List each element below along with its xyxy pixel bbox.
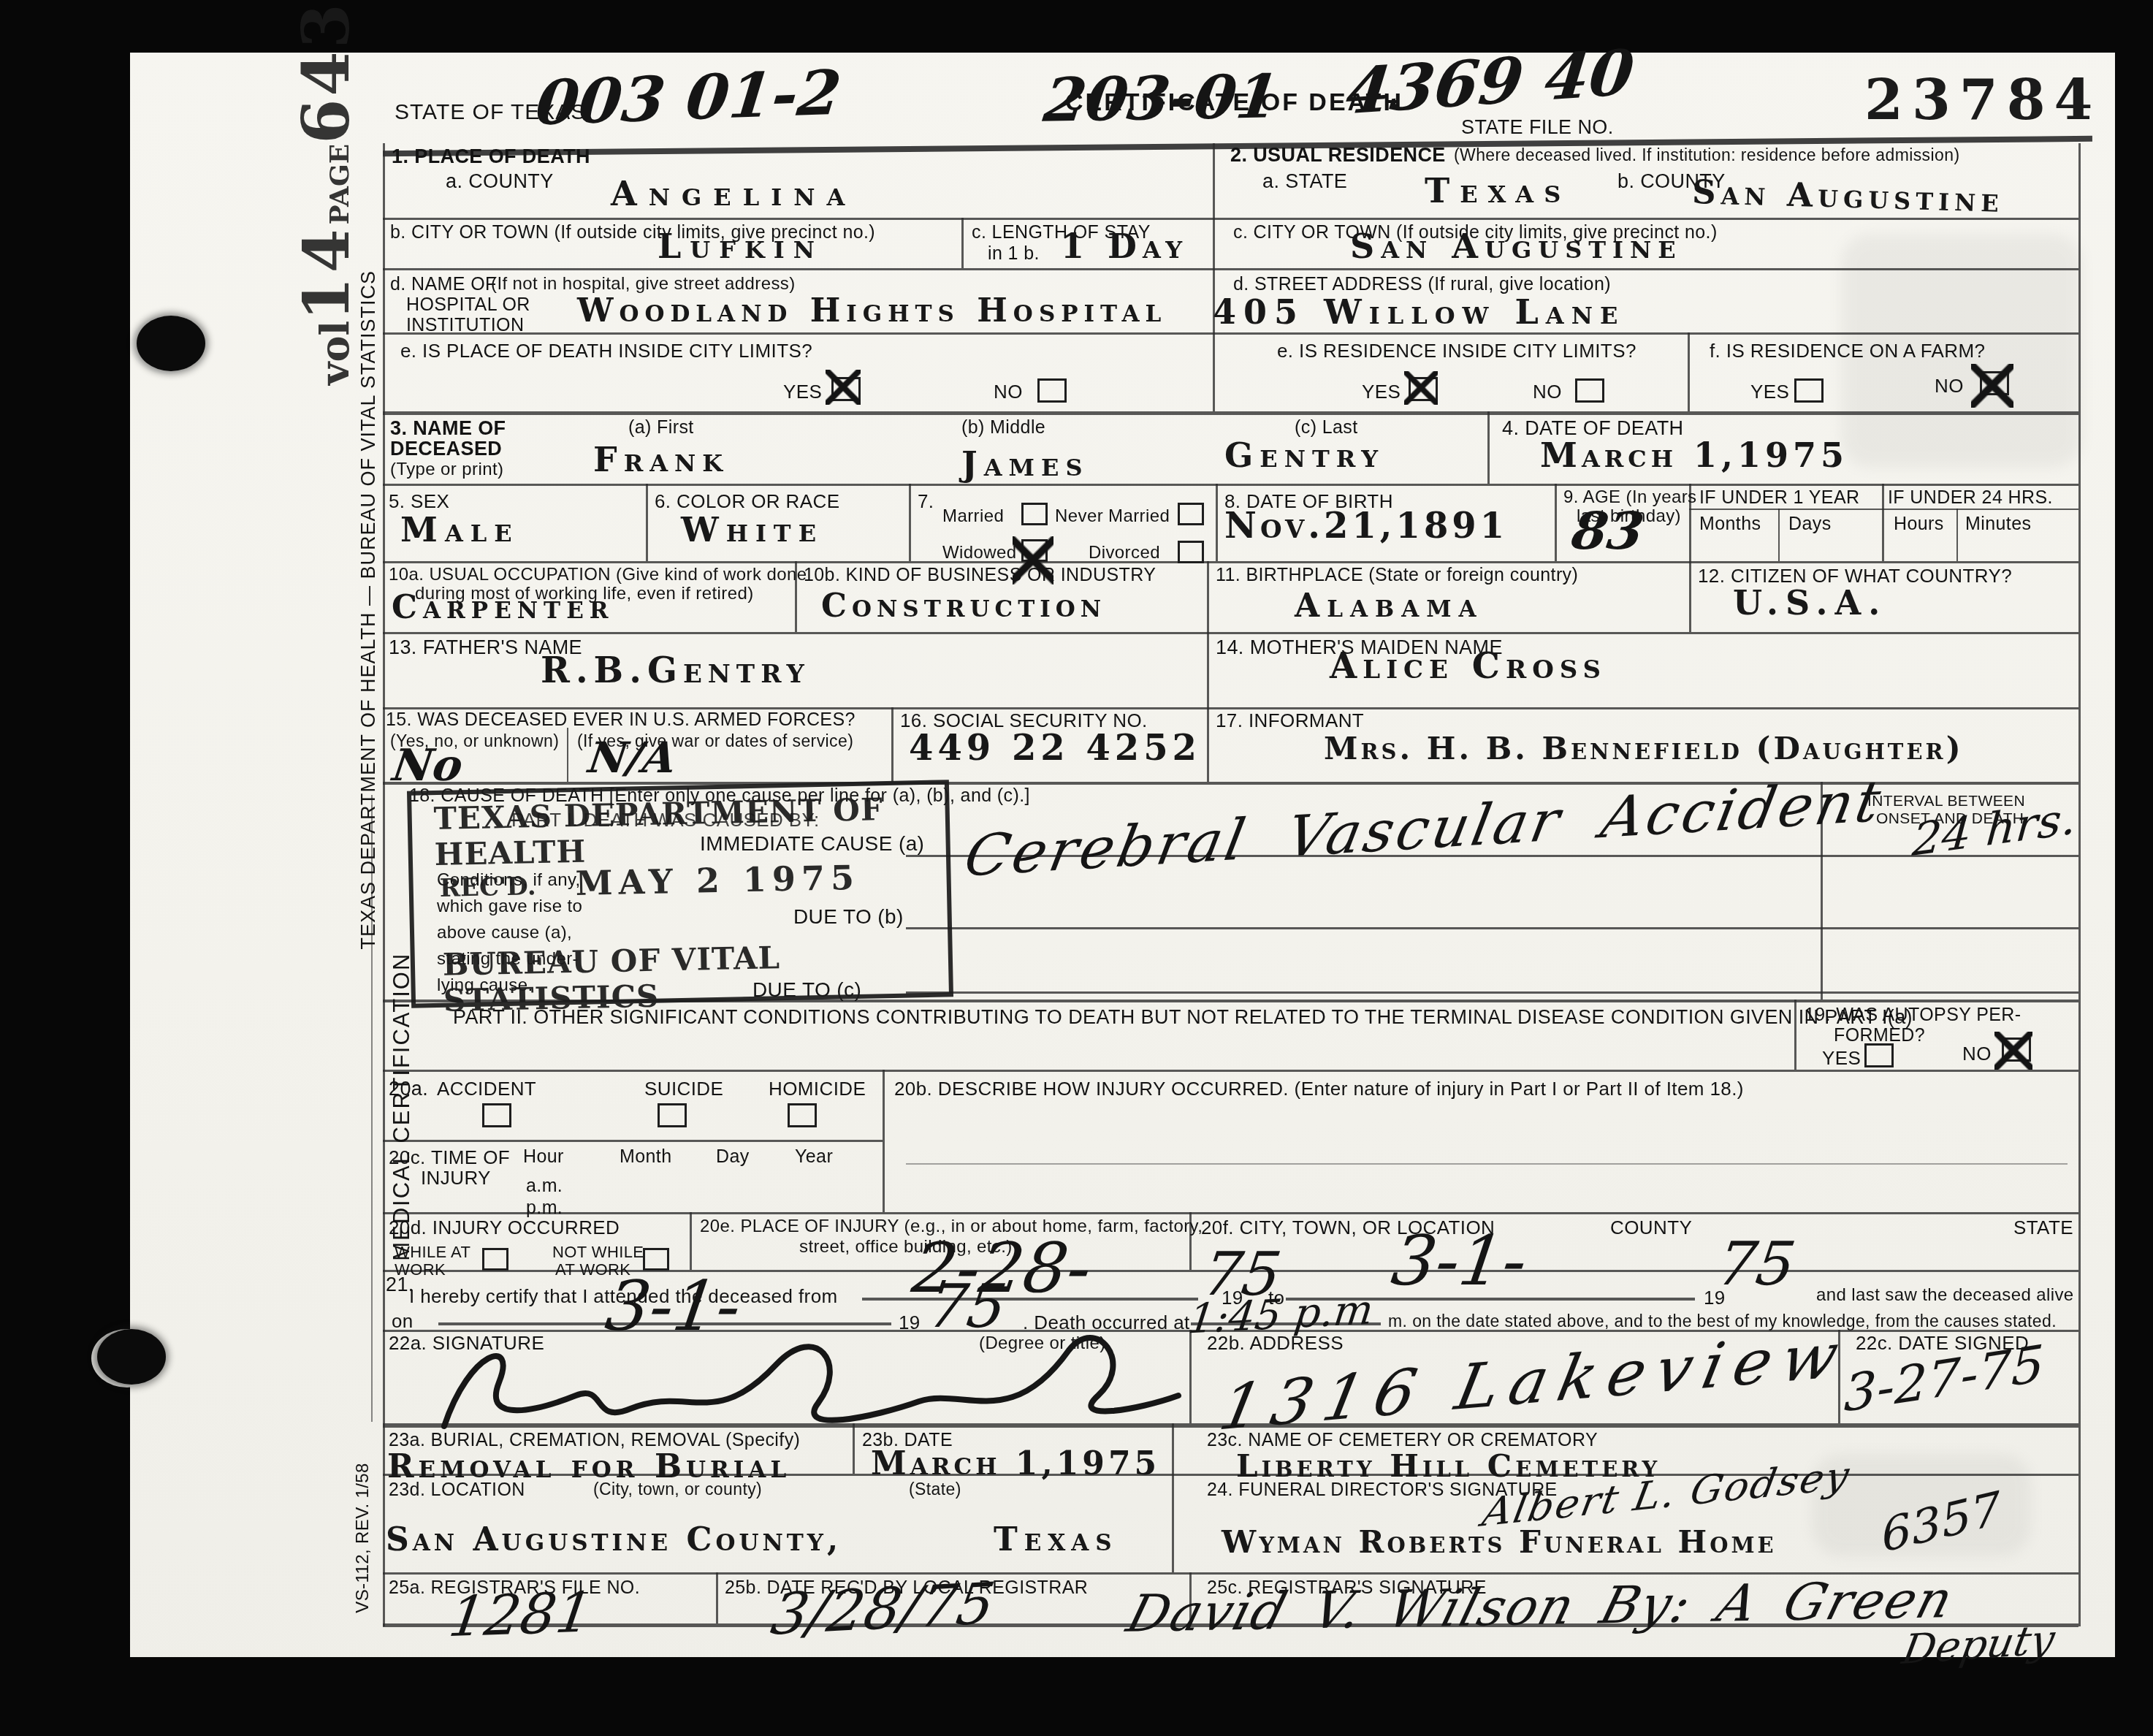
vol-label: vol xyxy=(311,321,358,385)
item9-under1-label: IF UNDER 1 YEAR xyxy=(1699,488,1859,508)
item20a-suicide-checkbox xyxy=(658,1103,687,1127)
item21-to-date: 3-1- xyxy=(1387,1227,1531,1296)
item20d-while1-label: WHILE AT xyxy=(395,1244,470,1261)
form-line xyxy=(383,218,2078,220)
item20c-am-label: a.m. xyxy=(526,1176,563,1196)
item9-minutes-label: Minutes xyxy=(1965,514,2031,534)
item3-first-label: (a) First xyxy=(628,418,694,438)
item19-label2: FORMED? xyxy=(1834,1026,1925,1046)
item2-farm-no-checkmark xyxy=(1971,364,2013,408)
vol-number: 14 xyxy=(290,224,364,321)
item1-county-value: Angelina xyxy=(611,177,856,210)
item1-city-value: Lufkin xyxy=(658,229,823,263)
item19-yes-checkbox xyxy=(1864,1043,1894,1067)
form-line xyxy=(961,218,964,268)
item16-value: 449 22 4252 xyxy=(909,731,1201,766)
item22a-signature-scribble xyxy=(400,1324,1189,1441)
item20d-not1-label: NOT WHILE xyxy=(552,1244,644,1261)
item23a-value: Removal for Burial xyxy=(387,1451,790,1483)
certificate-number-stamp: 23784 xyxy=(1864,67,2101,132)
form-line xyxy=(906,1163,2068,1165)
form-line xyxy=(383,143,385,1626)
form-line xyxy=(383,411,2078,415)
item3-middle-value: James xyxy=(961,447,1089,481)
form-line xyxy=(1207,632,1209,707)
item2-no-label: NO xyxy=(1533,381,1562,402)
form-line xyxy=(1172,1423,1174,1572)
written-file-number: 4369 40 xyxy=(1344,42,1637,124)
item20a-accident-checkbox xyxy=(482,1103,511,1127)
item11-label: 11. BIRTHPLACE (State or foreign country… xyxy=(1216,566,1578,585)
item2-farm-no-label: NO xyxy=(1935,376,1964,396)
item11-value: Alabama xyxy=(1295,590,1484,623)
item20c-label1: 20c. TIME OF xyxy=(389,1147,510,1168)
item21-text4: m. on the date stated above, and to the … xyxy=(1388,1312,2057,1330)
due-c-line xyxy=(906,991,2078,994)
item25c-deputy: Deputy xyxy=(1899,1620,2057,1671)
item1-county-label: a. COUNTY xyxy=(446,171,554,192)
item20f-county-label: COUNTY xyxy=(1610,1217,1692,1238)
item8-value: Nov.21,1891 xyxy=(1224,509,1508,544)
volume-page-stamp: vol 14 PAGE 643 xyxy=(288,49,352,385)
stamp-date: MAY 2 1975 xyxy=(575,858,860,903)
item3-last-label: (c) Last xyxy=(1295,418,1358,438)
stamp-line1: TEXAS DEPARTMENT OF HEALTH xyxy=(433,790,946,872)
item2-farm-label: f. IS RESIDENCE ON A FARM? xyxy=(1710,340,1985,361)
item3-middle-label: (b) Middle xyxy=(961,418,1045,438)
form-line xyxy=(383,332,2078,335)
item7-never-married-checkbox xyxy=(1178,503,1204,525)
item20a-homicide-checkbox xyxy=(788,1103,817,1127)
item1-hospital-label2: HOSPITAL OR xyxy=(406,295,530,315)
item9-under24-label: IF UNDER 24 HRS. xyxy=(1888,488,2053,508)
item23c-value: Liberty Hill Cemetery xyxy=(1236,1451,1661,1482)
item20a-accident-label: ACCIDENT xyxy=(437,1078,536,1099)
item2-yes-label: YES xyxy=(1362,381,1401,402)
item20a-homicide-label: HOMICIDE xyxy=(769,1078,866,1099)
item10b-label: 10b. KIND OF BUSINESS OR INDUSTRY xyxy=(804,566,1156,585)
item1-no-label: NO xyxy=(994,381,1023,402)
item2-title: 2. USUAL RESIDENCE xyxy=(1230,145,1446,166)
item6-value: White xyxy=(681,513,823,547)
form-line xyxy=(567,728,568,782)
item9-hours-label: Hours xyxy=(1894,514,1944,534)
form-line xyxy=(909,484,911,561)
form-line xyxy=(646,484,648,561)
item20a-suicide-label: SUICIDE xyxy=(644,1078,723,1099)
item20c-pm-label: p.m. xyxy=(526,1198,563,1218)
item3-title3: (Type or print) xyxy=(390,460,503,479)
item12-value: U.S.A. xyxy=(1733,586,1887,620)
form-line xyxy=(1956,509,1958,561)
item3-last-value: Gentry xyxy=(1224,438,1384,472)
form-line xyxy=(1555,484,1557,561)
item19-label1: 19. WAS AUTOPSY PER- xyxy=(1805,1005,2021,1025)
item21-text2: and last saw the deceased alive xyxy=(1816,1286,2074,1305)
stamp-line2: BUREAU OF VITAL STATISTICS xyxy=(442,936,949,1018)
item20c-year-label: Year xyxy=(795,1147,833,1167)
written-code-2: 203-01 xyxy=(1041,66,1282,131)
form-line xyxy=(1216,484,1218,561)
form-line xyxy=(1207,707,1209,782)
item20a-label: 20a. xyxy=(389,1078,428,1100)
punch-hole-top xyxy=(137,316,205,371)
item1-hospital-value: Woodland Hights Hospital xyxy=(577,295,1167,327)
item2-title-paren: (Where deceased lived. If institution: r… xyxy=(1454,146,1959,164)
item2-street-value: 405 Willow Lane xyxy=(1213,295,1625,329)
item25b-value: 3/28/75 xyxy=(767,1575,998,1644)
bureau-received-stamp: TEXAS DEPARTMENT OF HEALTH REC'D. MAY 2 … xyxy=(407,780,953,1008)
item9-months-label: Months xyxy=(1699,514,1761,534)
item2-no-checkbox xyxy=(1575,378,1604,403)
item23d-sub2: (State) xyxy=(909,1480,961,1499)
form-line xyxy=(2078,143,2081,1626)
item2-yes-checkmark xyxy=(1404,371,1438,405)
item1-no-checkbox xyxy=(1037,378,1067,403)
item1-title: 1. PLACE OF DEATH xyxy=(392,146,590,167)
written-code-1: 003 01-2 xyxy=(533,62,844,134)
item20f-state-label: STATE xyxy=(2013,1217,2073,1238)
form-line xyxy=(891,707,893,782)
item2-county-value: San Augustine xyxy=(1691,175,2004,217)
due-b-line xyxy=(906,927,2078,929)
item7-never-married-label: Never Married xyxy=(1055,507,1170,526)
scanned-death-certificate: vol 14 PAGE 643 TEXAS DEPARTMENT OF HEAL… xyxy=(0,0,2153,1736)
item2-farm-yes-label: YES xyxy=(1750,381,1789,402)
item7-divorced-label: Divorced xyxy=(1089,544,1160,563)
margin-form-code: VS-112, REV. 1/58 xyxy=(354,1447,373,1629)
item9-value: 83 xyxy=(1569,506,1647,557)
item2-farm-yes-checkbox xyxy=(1794,378,1824,403)
form-line xyxy=(1689,561,1691,632)
page-label: PAGE xyxy=(324,144,355,225)
item7-widowed-label: Widowed xyxy=(942,544,1017,563)
form-line xyxy=(716,1572,718,1623)
item1-limits-label: e. IS PLACE OF DEATH INSIDE CITY LIMITS? xyxy=(400,340,812,361)
item5-value: Male xyxy=(400,513,519,547)
form-line xyxy=(383,484,2078,486)
form-line xyxy=(383,561,2078,563)
item7-label: 7. xyxy=(918,491,934,511)
item2-state-value: Texas xyxy=(1425,174,1571,208)
form-line xyxy=(383,1070,2078,1072)
item20b-label: 20b. DESCRIBE HOW INJURY OCCURRED. (Ente… xyxy=(894,1078,1744,1099)
item21-to-year: 75 xyxy=(1714,1235,1799,1295)
item1-hospital-paren: (If not in hospital, give street address… xyxy=(491,275,796,294)
item3-title2: DECEASED xyxy=(390,438,502,460)
item15-label: 15. WAS DECEASED EVER IN U.S. ARMED FORC… xyxy=(386,710,856,730)
item3-first-value: Frank xyxy=(593,443,729,476)
item9-days-label: Days xyxy=(1788,514,1832,534)
state-file-no-label: STATE FILE NO. xyxy=(1461,117,1614,138)
form-line xyxy=(383,632,2078,634)
item1-yes-label: YES xyxy=(783,381,822,402)
item3-title: 3. NAME OF xyxy=(390,418,506,439)
item20c-month-label: Month xyxy=(620,1147,671,1167)
form-line xyxy=(383,268,2078,270)
item10a-value: Carpenter xyxy=(392,592,614,624)
margin-department-text: TEXAS DEPARTMENT OF HEALTH — BUREAU OF V… xyxy=(358,307,379,950)
item19-no-label: NO xyxy=(1962,1043,1992,1064)
item6-label: 6. COLOR OR RACE xyxy=(655,491,839,511)
item20c-hour-label: Hour xyxy=(523,1147,564,1167)
item20c-day-label: Day xyxy=(716,1147,750,1167)
form-line xyxy=(1882,484,1884,561)
item1-stay-value: 1 Day xyxy=(1061,229,1188,263)
item15-service: N/A xyxy=(586,736,679,779)
item1-hospital-label: d. NAME OF xyxy=(390,275,497,294)
item2-state-label: a. STATE xyxy=(1262,171,1347,192)
item1-hospital-label3: INSTITUTION xyxy=(406,316,524,335)
punch-hole-bottom xyxy=(97,1329,166,1385)
item23b-value: March 1,1975 xyxy=(871,1448,1160,1480)
item20d-label: 20d. INJURY OCCURRED xyxy=(389,1217,620,1238)
form-line xyxy=(1487,411,1490,484)
form-line xyxy=(1688,332,1690,411)
form-line xyxy=(690,1212,692,1270)
item14-value: Alice Cross xyxy=(1330,649,1607,684)
item23d-value: San Augustine County, xyxy=(386,1524,842,1556)
item20d-while-checkbox xyxy=(482,1248,508,1271)
item2-limits-label: e. IS RESIDENCE INSIDE CITY LIMITS? xyxy=(1277,340,1636,361)
item1-yes-checkmark xyxy=(826,370,861,405)
item17-label: 17. INFORMANT xyxy=(1216,710,1364,731)
item25c-value: David V. Wilson By: A Green xyxy=(1122,1574,1959,1640)
item2-city-value: San Augustine xyxy=(1350,229,1683,263)
item25a-value: 1281 xyxy=(446,1585,595,1645)
page-number: 643 xyxy=(288,1,364,144)
item10a-label1: 10a. USUAL OCCUPATION (Give kind of work… xyxy=(389,566,807,585)
item13-value: R.B.Gentry xyxy=(541,653,810,688)
item21-time: 1:45 p.m xyxy=(1186,1290,1376,1340)
item20c-label2: INJURY xyxy=(421,1168,491,1188)
item4-value: March 1,1975 xyxy=(1540,438,1848,472)
form-line xyxy=(1207,561,1209,632)
item17-value: Mrs. H. B. Bennefield (Daughter) xyxy=(1324,734,1964,764)
form-line xyxy=(883,1070,885,1212)
item7-widowed-checkmark xyxy=(1013,536,1053,585)
form-line xyxy=(1189,1330,1192,1423)
item5-label: 5. SEX xyxy=(389,491,449,511)
item19-yes-label: YES xyxy=(1822,1048,1861,1068)
item10b-value: Construction xyxy=(821,590,1106,623)
item7-married-label: Married xyxy=(942,507,1004,526)
form-line xyxy=(383,1140,883,1142)
form-line xyxy=(383,1212,2078,1214)
item7-divorced-checkbox xyxy=(1178,541,1204,563)
form-line xyxy=(1213,143,1215,411)
item7-married-checkbox xyxy=(1021,503,1048,525)
item1-stay-sublabel: in 1 b. xyxy=(988,244,1040,264)
item23d-state-value: Texas xyxy=(994,1524,1119,1556)
stamp-recd-label: REC'D. xyxy=(439,872,536,903)
form-line xyxy=(1778,509,1780,561)
item2-street-label: d. STREET ADDRESS (If rural, give locati… xyxy=(1233,275,1611,294)
item19-no-checkmark xyxy=(1994,1032,2032,1070)
item15-answer: No xyxy=(390,744,465,788)
